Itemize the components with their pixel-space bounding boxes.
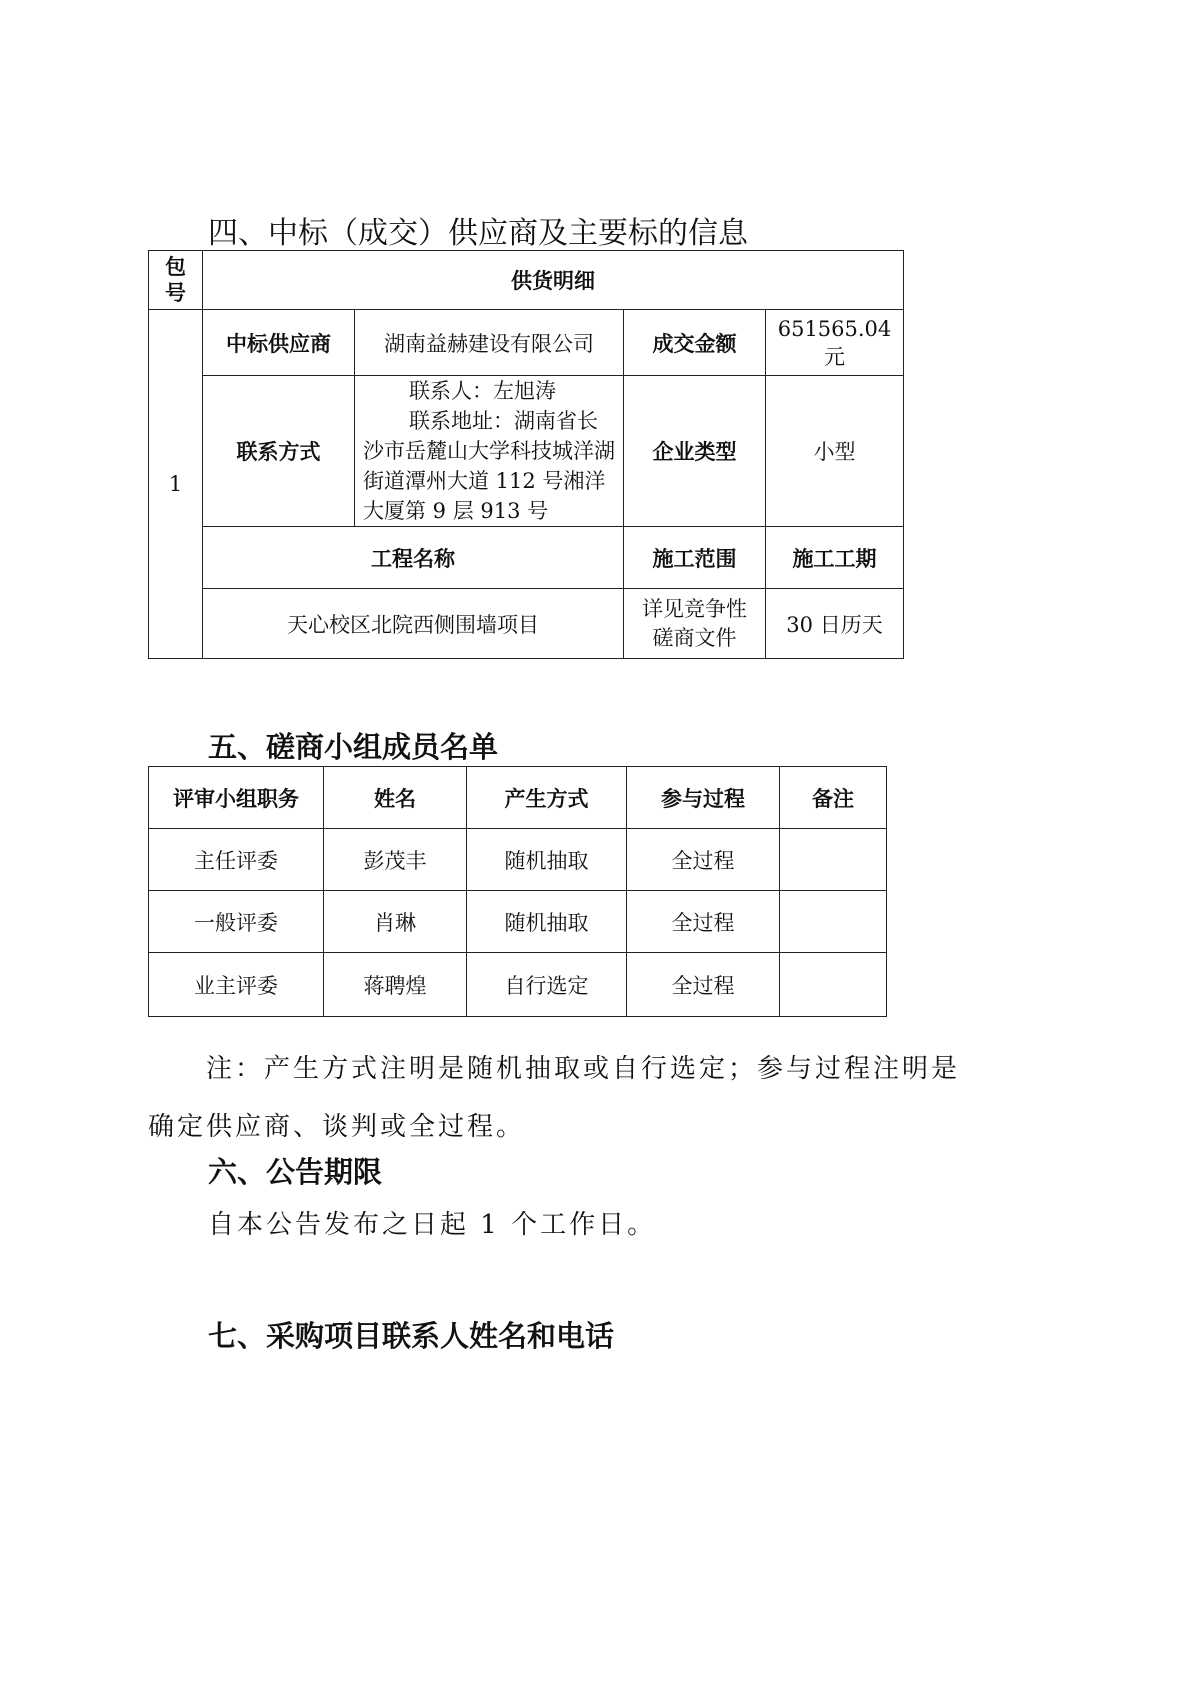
member-participation: 全过程 — [627, 829, 780, 891]
scope-label: 施工范围 — [624, 527, 766, 589]
member-remarks — [780, 891, 887, 953]
supplier-value: 湖南益赫建设有限公司 — [355, 310, 624, 376]
section6-body: 自本公告发布之日起 1 个工作日。 — [208, 1204, 656, 1241]
member-participation: 全过程 — [627, 953, 780, 1017]
section7-title: 七、采购项目联系人姓名和电话 — [208, 1314, 614, 1355]
section5-title: 五、磋商小组成员名单 — [208, 725, 498, 766]
supplier-label: 中标供应商 — [203, 310, 355, 376]
member-role: 业主评委 — [149, 953, 324, 1017]
amount-value: 651565.04元 — [766, 310, 904, 376]
package-number: 1 — [149, 310, 203, 659]
header-remarks: 备注 — [780, 767, 887, 829]
header-supply-details: 供货明细 — [203, 251, 904, 310]
duration-label: 施工工期 — [766, 527, 904, 589]
enterprise-type-value: 小型 — [766, 376, 904, 527]
scope-value: 详见竞争性磋商文件 — [624, 589, 766, 659]
project-name-value: 天心校区北院西侧围墙项目 — [203, 589, 624, 659]
section5-note: 注：产生方式注明是随机抽取或自行选定；参与过程注明是确定供应商、谈判或全过程。 — [148, 1040, 978, 1156]
member-name: 肖琳 — [324, 891, 467, 953]
member-selection-method: 随机抽取 — [467, 891, 627, 953]
section4-title: 四、中标（成交）供应商及主要标的信息 — [208, 208, 748, 252]
member-selection-method: 随机抽取 — [467, 829, 627, 891]
contact-label: 联系方式 — [203, 376, 355, 527]
header-participation: 参与过程 — [627, 767, 780, 829]
project-name-label: 工程名称 — [203, 527, 624, 589]
contact-value: 联系人：左旭涛 联系地址：湖南省长 沙市岳麓山大学科技城洋湖街道潭州大道 112… — [355, 376, 624, 527]
member-role: 主任评委 — [149, 829, 324, 891]
table-row: 一般评委 肖琳 随机抽取 全过程 — [149, 891, 887, 953]
table-row: 业主评委 蒋聘煌 自行选定 全过程 — [149, 953, 887, 1017]
section6-title: 六、公告期限 — [208, 1150, 382, 1191]
contact-address-rest: 沙市岳麓山大学科技城洋湖街道潭州大道 112 号湘洋大厦第 9 层 913 号 — [363, 439, 615, 523]
header-name: 姓名 — [324, 767, 467, 829]
member-name: 彭茂丰 — [324, 829, 467, 891]
contact-address-first: 联系地址：湖南省长 — [363, 406, 615, 436]
header-role: 评审小组职务 — [149, 767, 324, 829]
member-name: 蒋聘煌 — [324, 953, 467, 1017]
member-remarks — [780, 953, 887, 1017]
duration-value: 30 日历天 — [766, 589, 904, 659]
header-package-no: 包号 — [149, 251, 203, 310]
member-participation: 全过程 — [627, 891, 780, 953]
enterprise-type-label: 企业类型 — [624, 376, 766, 527]
panel-members-table: 评审小组职务 姓名 产生方式 参与过程 备注 主任评委 彭茂丰 随机抽取 全过程… — [148, 766, 887, 1017]
table-row: 主任评委 彭茂丰 随机抽取 全过程 — [149, 829, 887, 891]
header-selection-method: 产生方式 — [467, 767, 627, 829]
member-role: 一般评委 — [149, 891, 324, 953]
contact-person: 联系人：左旭涛 — [363, 376, 615, 406]
amount-label: 成交金额 — [624, 310, 766, 376]
supplier-info-table: 包号 供货明细 1 中标供应商 湖南益赫建设有限公司 成交金额 651565.0… — [148, 250, 904, 659]
member-selection-method: 自行选定 — [467, 953, 627, 1017]
member-remarks — [780, 829, 887, 891]
